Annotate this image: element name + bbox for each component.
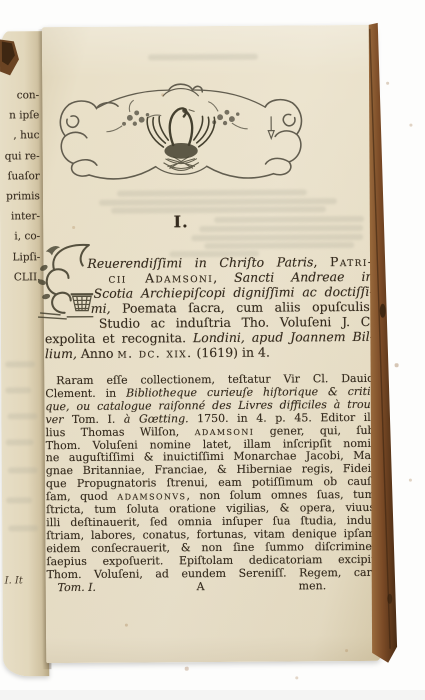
chapter-numeral: I. [16, 211, 346, 232]
show-through [148, 54, 258, 61]
entry-body: Raram eſſe collectionem, teſtatur Vir Cl… [45, 373, 375, 582]
line-ending-fragment: , huc [0, 126, 40, 146]
text-line: lium, Anno m. dc. xix. (1619) in 4. [45, 344, 374, 361]
volume-label: Tom. I. [58, 581, 96, 594]
photo-of-book-page: { "page": { "heading_numeral": "I.", "ti… [0, 0, 425, 700]
open-book: con-n ipſe, hucqui re-ſuaſorprimisinter-… [0, 0, 425, 700]
page-footer: Tom. I. A men. [47, 579, 376, 595]
show-through [6, 497, 32, 503]
show-through [204, 242, 354, 249]
line-ending-fragment: n ipſe [0, 105, 39, 125]
entry-title: Reuerendiſſimi in Chriſto Patris, Patri-… [44, 254, 374, 361]
show-through [6, 439, 34, 445]
text-line: expolita et recognita. Londini, apud Joa… [45, 329, 374, 346]
line-ending-fragment: qui re- [0, 146, 40, 166]
show-through [191, 234, 363, 241]
paper-specks [42, 27, 43, 28]
show-through [5, 361, 35, 367]
show-through [8, 525, 38, 531]
floral-cluster [122, 110, 240, 126]
facing-page-footer-fragment: I. It [5, 575, 41, 586]
show-through [7, 413, 37, 419]
line-ending-fragment: primis [0, 186, 40, 206]
line-ending-fragment: ſuaſor [0, 166, 40, 186]
show-through [99, 198, 337, 206]
book-page: I. Reueren [42, 25, 380, 663]
show-through [8, 467, 38, 473]
swan-icon [147, 108, 215, 147]
signature-mark: A [197, 580, 205, 593]
line-ending-fragment: con- [0, 85, 39, 105]
photo-edge-shadow [0, 690, 425, 700]
catchword: men. [299, 579, 327, 592]
show-through [5, 387, 31, 393]
show-through [117, 189, 307, 196]
swan-headpiece-ornament-icon [53, 75, 309, 189]
